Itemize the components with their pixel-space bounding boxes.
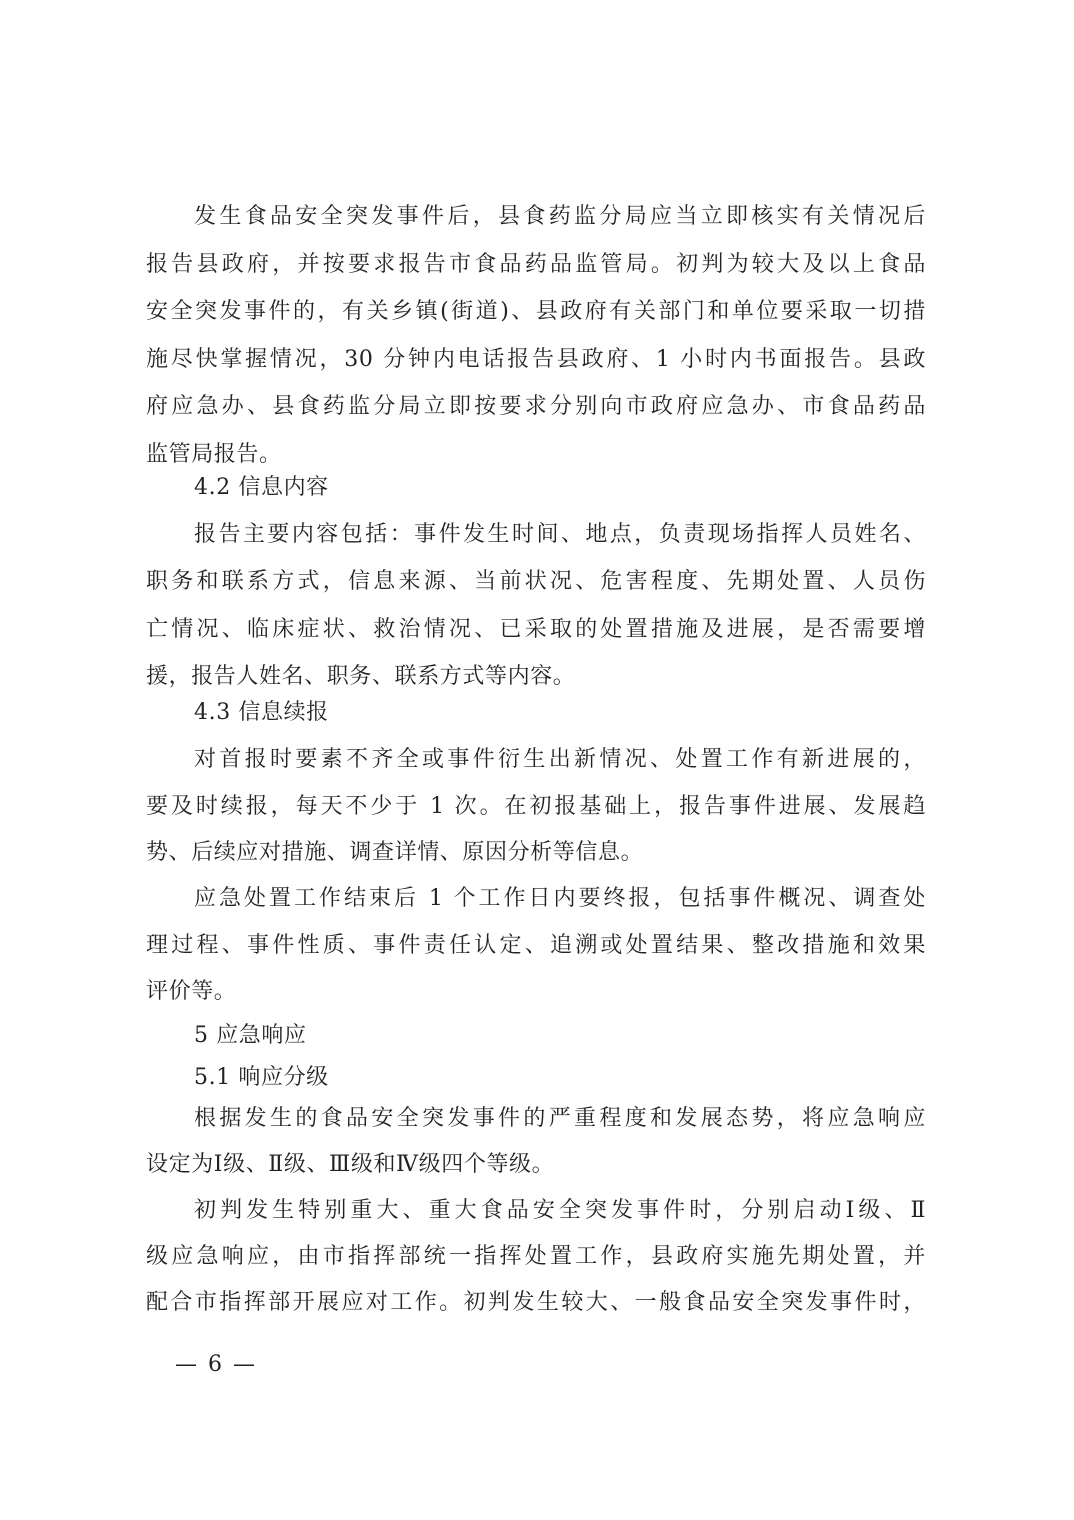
page-number: — 6 —	[175, 1350, 257, 1380]
body-line: 初判发生特别重大、重大食品安全突发事件时，分别启动Ⅰ级、Ⅱ	[194, 1196, 926, 1226]
body-line: 职务和联系方式，信息来源、当前状况、危害程度、先期处置、人员伤	[146, 567, 926, 597]
body-line: 配合市指挥部开展应对工作。初判发生较大、一般食品安全突发事件时，	[146, 1288, 926, 1318]
body-line: 府应急办、县食药监分局立即按要求分别向市政府应急办、市食品药品	[146, 392, 926, 422]
section-heading-4-3: 4.3 信息续报	[194, 698, 329, 728]
body-line: 发生食品安全突发事件后，县食药监分局应当立即核实有关情况后	[194, 202, 926, 232]
body-line: 施尽快掌握情况，30 分钟内电话报告县政府、1 小时内书面报告。县政	[146, 345, 926, 375]
body-line: 根据发生的食品安全突发事件的严重程度和发展态势，将应急响应	[194, 1104, 926, 1134]
document-page: 发生食品安全突发事件后，县食药监分局应当立即核实有关情况后 报告县政府，并按要求…	[0, 0, 1074, 1520]
body-line: 级应急响应，由市指挥部统一指挥处置工作，县政府实施先期处置，并	[146, 1242, 926, 1272]
body-line: 监管局报告。	[146, 440, 926, 470]
body-line: 势、后续应对措施、调查详情、原因分析等信息。	[146, 838, 926, 868]
body-line: 报告主要内容包括：事件发生时间、地点，负责现场指挥人员姓名、	[194, 520, 926, 550]
section-heading-5-1: 5.1 响应分级	[194, 1063, 329, 1093]
body-line: 亡情况、临床症状、救治情况、已采取的处置措施及进展，是否需要增	[146, 615, 926, 645]
body-line: 安全突发事件的，有关乡镇(街道)、县政府有关部门和单位要采取一切措	[146, 297, 926, 327]
body-line: 设定为Ⅰ级、Ⅱ级、Ⅲ级和Ⅳ级四个等级。	[146, 1150, 926, 1180]
body-line: 理过程、事件性质、事件责任认定、追溯或处置结果、整改措施和效果	[146, 931, 926, 961]
section-heading-5: 5 应急响应	[194, 1021, 307, 1051]
body-line: 评价等。	[146, 977, 926, 1007]
body-line: 对首报时要素不齐全或事件衍生出新情况、处置工作有新进展的，	[194, 745, 926, 775]
section-heading-4-2: 4.2 信息内容	[194, 473, 329, 503]
body-line: 报告县政府，并按要求报告市食品药品监管局。初判为较大及以上食品	[146, 250, 926, 280]
body-line: 要及时续报，每天不少于 1 次。在初报基础上，报告事件进展、发展趋	[146, 792, 926, 822]
body-line: 应急处置工作结束后 1 个工作日内要终报，包括事件概况、调查处	[194, 884, 926, 914]
body-line: 援，报告人姓名、职务、联系方式等内容。	[146, 662, 926, 692]
